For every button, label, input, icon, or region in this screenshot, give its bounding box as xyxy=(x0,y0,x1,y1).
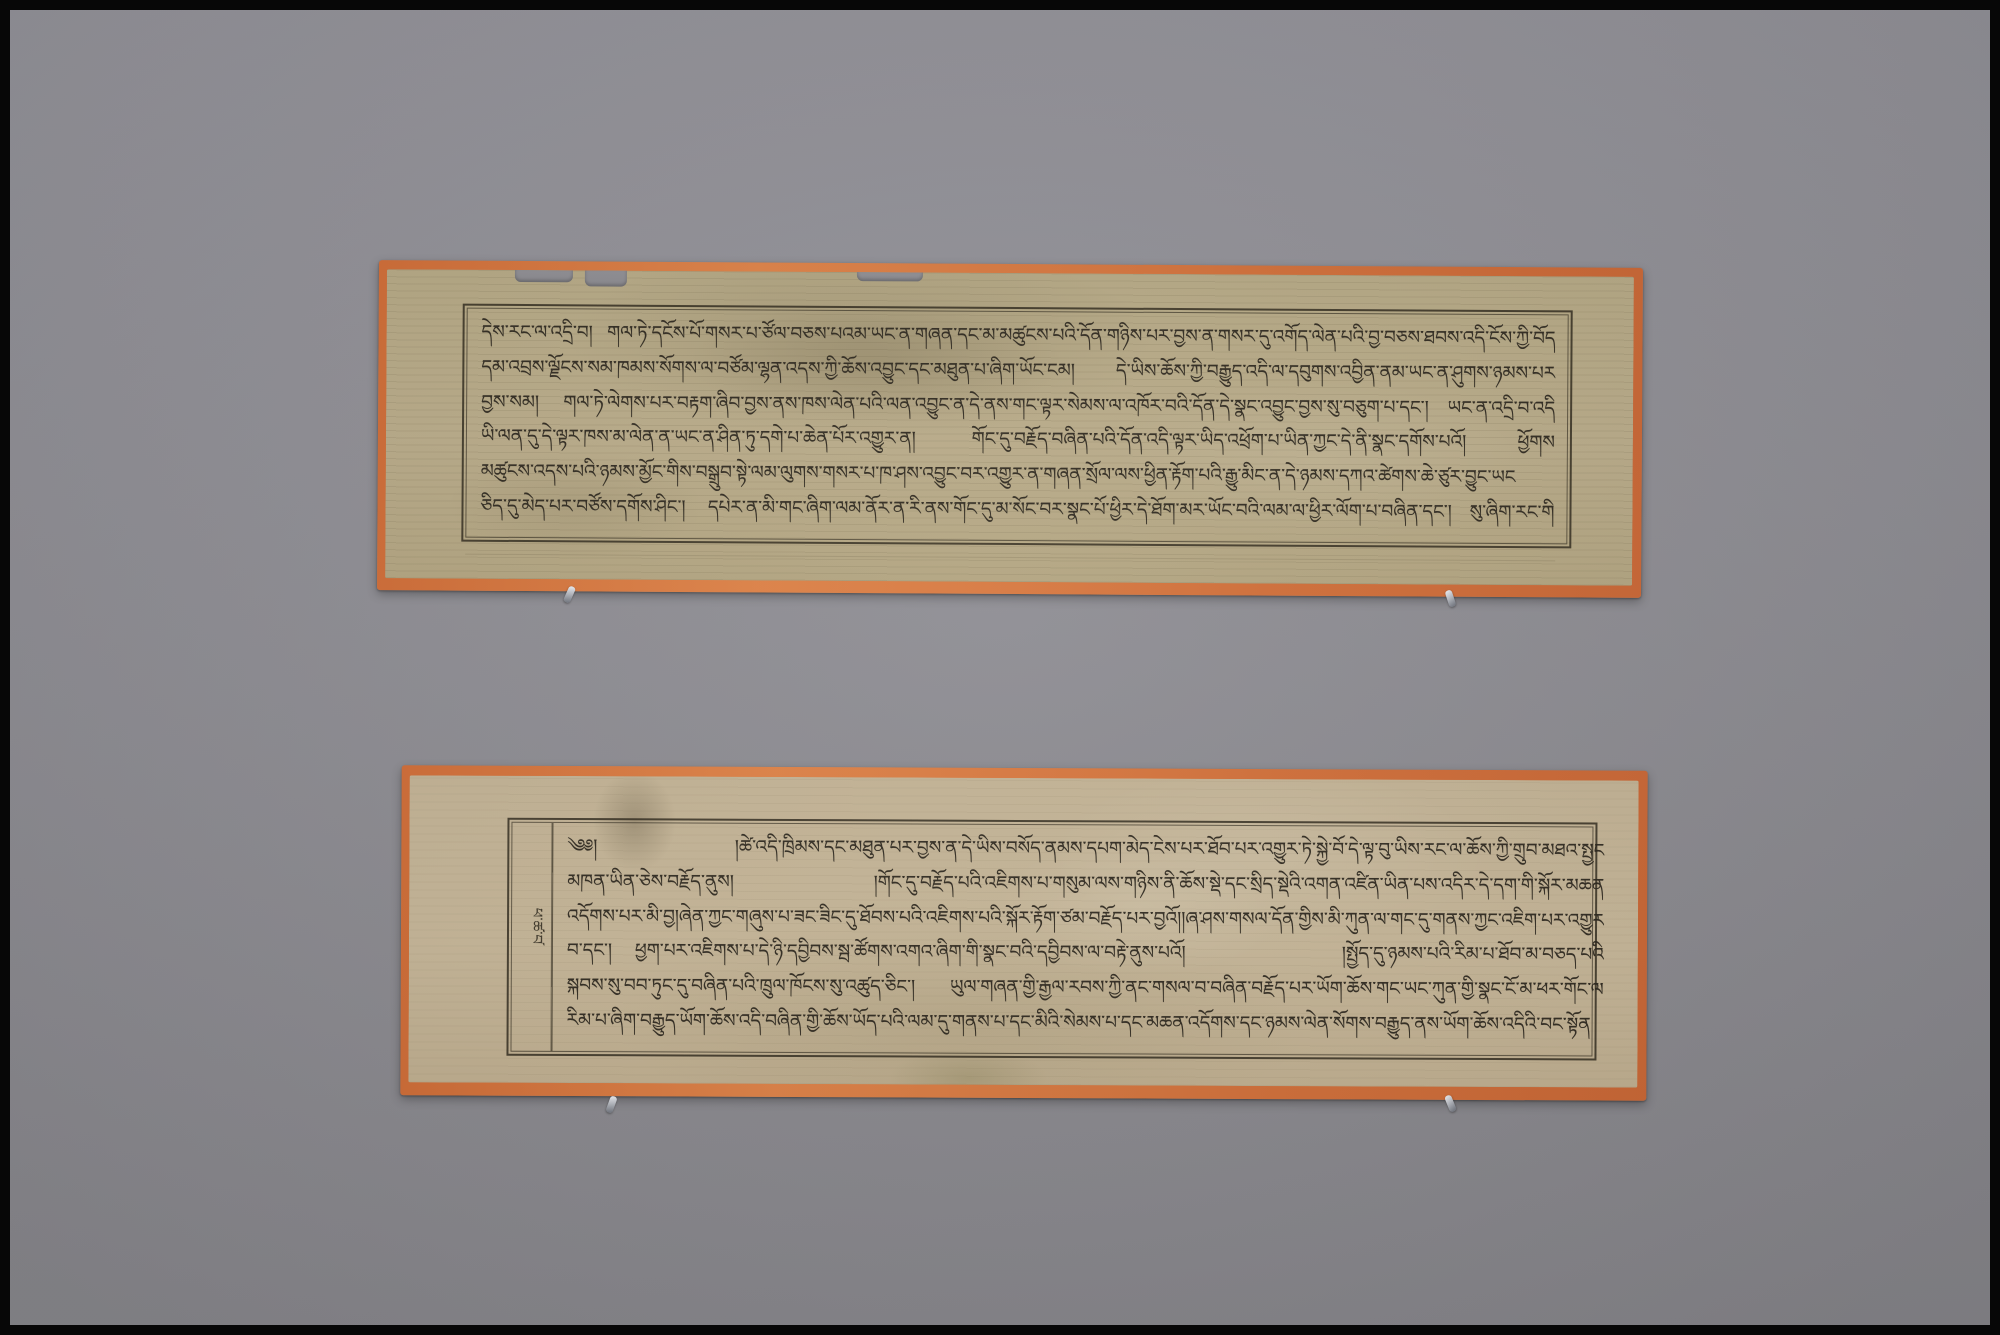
text-segment: དཔེར་ན་མི་གང་ཞིག་ལམ་ནོར་ན་རི་ནས་གོང་དུ་མ… xyxy=(708,493,1452,528)
photograph: དེས་རང་ལ་འདྲི་བ།གལ་ཏེ་དངོས་པོ་གསར་པ་ཙོལ་… xyxy=(0,0,2000,1335)
text-segment: ཅིད་དུ་མེད་པར་བཙོས་དགོས་ཤིང་། xyxy=(480,492,685,523)
folio-paper: ཕ་ཚ༹་བ༹ ༄༅།།ཚེ་འདི་ཁྲིམས་དང་མཐུན་པར་བྱས་… xyxy=(408,775,1638,1087)
text-segment: གལ་ཏེ་དངོས་པོ་གསར་པ་ཙོལ་བཅས་པའམ་ཡང་ན་གཞན… xyxy=(607,319,1556,355)
text-line: སྐབས་སུ་བབ་ཏུང་དུ་བཞིན་པའི་ཁྲུལ་ཁོངས་སུ་… xyxy=(567,971,1604,1010)
text-line: རིམ་པ་ཞིག་བརྒྱུད་ཡོག་ཆོས་འདི་བཞིན་གྱི་ཆོ… xyxy=(567,1006,1604,1045)
text-gap xyxy=(597,832,734,833)
text-segment: དེས་རང་ལ་འདྲི་བ། xyxy=(481,318,592,349)
bottom-folio: ཕ་ཚ༹་བ༹ ༄༅།།ཚེ་འདི་ཁྲིམས་དང་མཐུན་པར་བྱས་… xyxy=(400,765,1647,1100)
text-gap xyxy=(1186,939,1342,940)
text-line: ཅིད་དུ་མེད་པར་བཙོས་དགོས་ཤིང་།དཔེར་ན་མི་ག… xyxy=(480,492,1554,533)
text-line: ༄༅།།ཚེ་འདི་ཁྲིམས་དང་མཐུན་པར་བྱས་ན་དེ་ཡིས… xyxy=(567,832,1604,871)
text-segment: མཚུངས་འདས་པའི་ཉམས་མྱོང་གིས་བསྒྲུབ་སྟེ་ལམ… xyxy=(481,457,1516,493)
text-line: མཚུངས་འདས་པའི་ཉམས་མྱོང་གིས་བསྒྲུབ་སྟེ་ལམ… xyxy=(481,457,1555,498)
text-segment: ཡི་ལན་དུ་དེ་ལྟར་ཁས་མ་ལེན་ན་ཡང་ན་ཤིན་ཏུ་ད… xyxy=(481,422,916,455)
text-gap xyxy=(734,868,874,869)
text-segment: སྐབས་སུ་བབ་ཏུང་དུ་བཞིན་པའི་ཁྲུལ་ཁོངས་སུ་… xyxy=(567,971,915,1003)
text-segment: རིམ་པ་ཞིག་བརྒྱུད་ཡོག་ཆོས་འདི་བཞིན་གྱི་ཆོ… xyxy=(567,1006,1591,1040)
margin-column: ཕ་ཚ༹་བ༹ xyxy=(511,823,553,1051)
text-segment: །གོང་དུ་བརྗོད་པའི་འཇིགས་པ་གསུམ་ལས་གཉིས་ན… xyxy=(874,868,1605,901)
text-line: མཁན་ཡིན་ཅེས་བརྗོད་ནུས།།གོང་དུ་བརྗོད་པའི་… xyxy=(567,867,1604,906)
torn-notch xyxy=(515,270,573,282)
text-line: བྱས་སམ།གལ་ཏེ་ལེགས་པར་བརྟག་ཞིབ་བྱས་ནས་ཁས་… xyxy=(481,387,1555,428)
text-segment: མཁན་ཡིན་ཅེས་བརྗོད་ནུས། xyxy=(567,867,734,898)
torn-notch xyxy=(857,272,923,281)
text-segment: །སྤྱོད་དུ་ཉམས་པའི་རིམ་པ་ཐོབ་མ་བཅད་པའི xyxy=(1342,940,1604,971)
text-line: འདོགས་པར་མི་བྱ།ཞེན་ཀྱང་གཞུས་པ་ཟང་ཟིང་དུ་… xyxy=(567,902,1604,941)
text-segment: ཡུལ་གཞན་གྱི་རྒྱལ་རབས་ཀྱི་ནང་གསལ་བ་བཞིན་བ… xyxy=(950,973,1604,1006)
top-folio: དེས་རང་ལ་འདྲི་བ།གལ་ཏེ་དངོས་པོ་གསར་པ་ཙོལ་… xyxy=(377,260,1643,598)
text-segment: གོང་དུ་བརྗོད་བཞིན་པའི་དོན་འདི་ལྟར་ཡིད་འཕ… xyxy=(972,425,1467,458)
text-segment: དེ་ཡིས་ཆོས་ཀྱི་བརྒྱུད་འདི་ལ་དབུགས་འབྱིན་… xyxy=(1116,356,1556,389)
text-segment: བ་དང་། xyxy=(567,936,612,966)
folio-paper: དེས་རང་ལ་འདྲི་བ།གལ་ཏེ་དངོས་པོ་གསར་པ་ཙོལ་… xyxy=(385,269,1634,586)
text-line: བ་དང་།ཕྱག་པར་འཇིགས་པ་དེ་ཉི་དབྱིབས་སྦ་ཚོག… xyxy=(567,936,1604,975)
text-line: ཡི་ལན་དུ་དེ་ལྟར་ཁས་མ་ལེན་ན་ཡང་ན་ཤིན་ཏུ་ད… xyxy=(481,422,1555,463)
text-segment: སུ་ཞིག་རང་གི xyxy=(1470,498,1555,529)
text-segment: །ཚེ་འདི་ཁྲིམས་དང་མཐུན་པར་བྱས་ན་དེ་ཡིས་བས… xyxy=(735,833,1605,867)
torn-notch xyxy=(585,270,627,286)
text-frame: དེས་རང་ལ་འདྲི་བ།གལ་ཏེ་དངོས་པོ་གསར་པ་ཙོལ་… xyxy=(461,304,1572,549)
text-block: ༄༅།།ཚེ་འདི་ཁྲིམས་དང་མཐུན་པར་བྱས་ན་དེ་ཡིས… xyxy=(552,823,1616,1056)
text-line: དམ་འབྲས་ལྗོངས་སམ་ཁམས་སོགས་ལ་བཙོམ་ལྷན་འདས… xyxy=(481,353,1555,394)
text-segment: ཕྱོགས xyxy=(1517,428,1555,458)
text-segment: བྱས་སམ། xyxy=(481,387,539,417)
pin xyxy=(605,1095,617,1113)
text-segment: ༄༅། xyxy=(567,832,597,862)
ghost-rule xyxy=(465,554,1555,562)
text-segment: ཕྱག་པར་འཇིགས་པ་དེ་ཉི་དབྱིབས་སྦ་ཚོགས་འགའ་… xyxy=(635,937,1186,969)
text-segment: འདོགས་པར་མི་བྱ། xyxy=(567,902,679,932)
text-segment: །ཞ་ཤས་གསལ་དོན་གྱིས་མི་ཀུན་ལ་གང་དུ་གནས་ཀྱ… xyxy=(1181,904,1604,936)
text-segment: གལ་ཏེ་ལེགས་པར་བརྟག་ཞིབ་བྱས་ནས་ཁས་ལེན་པའི… xyxy=(563,388,1429,423)
text-line: དེས་རང་ལ་འདྲི་བ།གལ་ཏེ་དངོས་པོ་གསར་པ་ཙོལ་… xyxy=(481,318,1555,359)
text-block: དེས་རང་ལ་འདྲི་བ།གལ་ཏེ་དངོས་པོ་གསར་པ་ཙོལ་… xyxy=(466,309,1567,544)
text-frame: ཕ་ཚ༹་བ༹ ༄༅།།ཚེ་འདི་ཁྲིམས་དང་མཐུན་པར་བྱས་… xyxy=(506,818,1597,1061)
margin-label: ཕ་ཚ༹་བ༹ xyxy=(511,908,553,944)
text-segment: ཞེན་ཀྱང་གཞུས་པ་ཟང་ཟིང་དུ་ཐོབས་པའི་འཇིགས་… xyxy=(679,902,1182,934)
text-segment: ཡང་ན་འདྲི་བ་འདི xyxy=(1448,393,1556,424)
text-segment: དམ་འབྲས་ལྗོངས་སམ་ཁམས་སོགས་ལ་བཙོམ་ལྷན་འདས… xyxy=(481,353,1075,387)
